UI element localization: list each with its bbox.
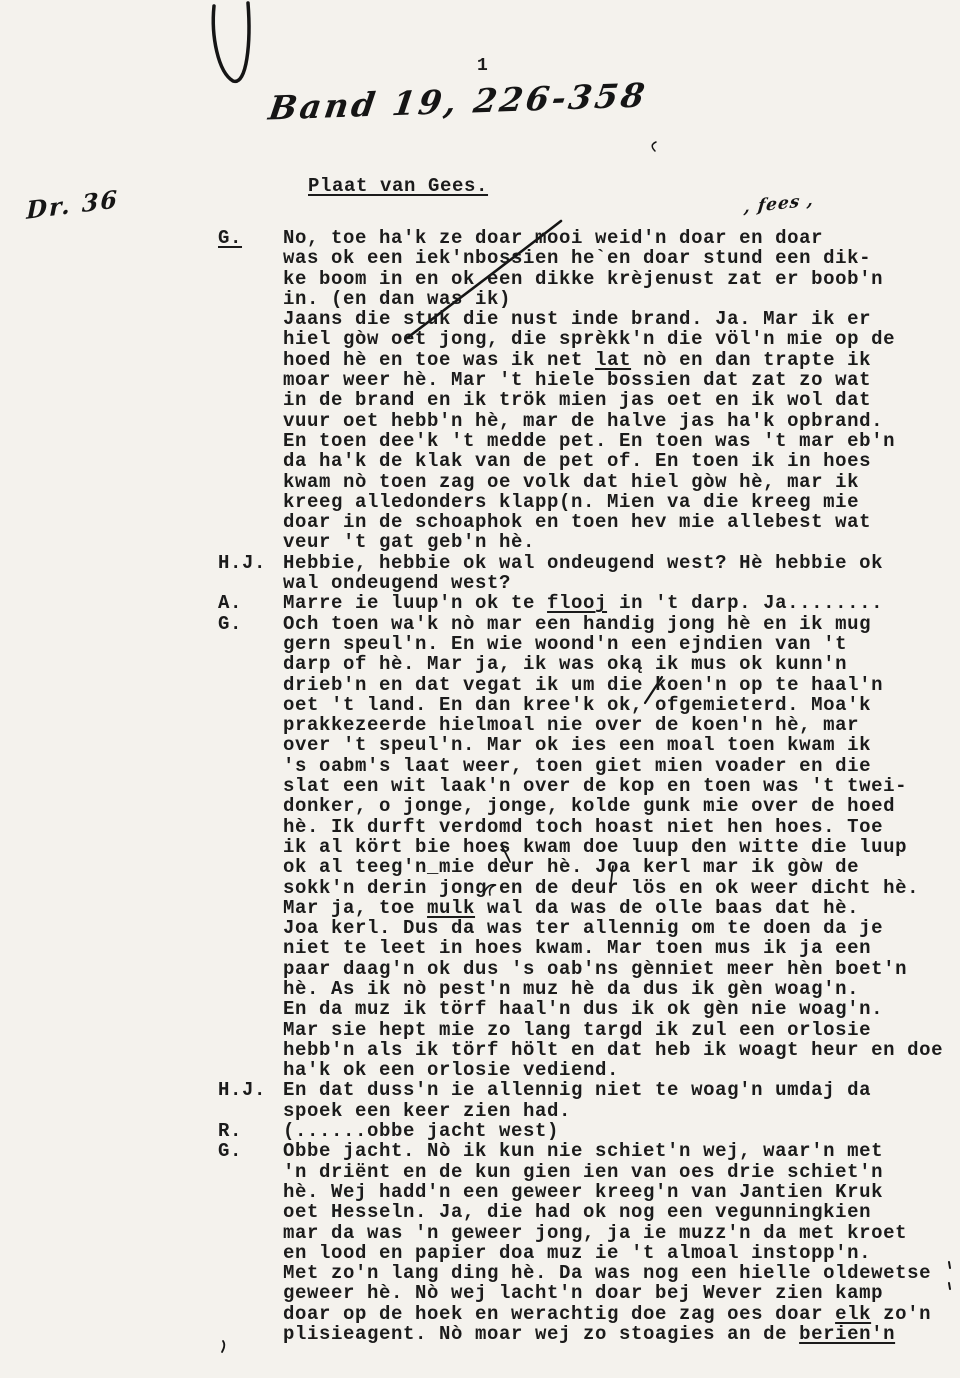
transcript-line: in de brand en ik trök mien jas oet en i…	[283, 390, 958, 410]
transcript-line: 'n driënt en de kun gien ien van oes dri…	[283, 1162, 958, 1182]
transcript-line: oet 't land. En dan kree'k ok, ofgemiete…	[283, 695, 958, 715]
transcript-line: slat een wit laak'n over de kop en toen …	[283, 776, 958, 796]
transcript-line: hè. Wej hadd'n een geweer kreeg'n van Ja…	[283, 1182, 958, 1202]
transcript-line: en lood en papier doa muz ie 't almoal i…	[283, 1243, 958, 1263]
transcript-line: plisieagent. Nò moar wej zo stoagies an …	[283, 1324, 958, 1344]
transcript-line: sokk'n derin jong en de deur lös en ok w…	[283, 878, 958, 898]
transcript-line: Mar ja, toe mulk wal da was de olle baas…	[283, 898, 958, 918]
transcript-line: hè. As ik nò pest'n muz hè da dus ik gèn…	[283, 979, 958, 999]
speaker-label: A.	[218, 593, 283, 613]
transcript-line: (......obbe jacht west)	[283, 1121, 958, 1141]
margin-annotation: Dr. 36	[26, 184, 119, 225]
transcript-line: paar daag'n ok dus 's oab'ns gènniet mee…	[283, 959, 958, 979]
speech-lines: En dat duss'n ie allennig niet te woag'n…	[283, 1080, 958, 1121]
transcript-line: donker, o jonge, jonge, kolde gunk mie o…	[283, 796, 958, 816]
transcript-line: Mar sie hept mie zo lang targd ik zul ee…	[283, 1020, 958, 1040]
underlined-word: elk	[835, 1303, 871, 1325]
transcript-line: kreeg alledonders klapp(n. Mien va die k…	[283, 492, 958, 512]
speaker-label: G.	[218, 614, 283, 634]
transcript-line: kwam nò toen zag oe volk dat hiel gòw hè…	[283, 472, 958, 492]
band-annotation: Band 19, 226-358	[266, 75, 650, 127]
speaker-label: R.	[218, 1121, 283, 1141]
transcript-line: Jaans die stuk die nust inde brand. Ja. …	[283, 309, 958, 329]
transcript-line: veur 't gat geb'n hè.	[283, 532, 958, 552]
transcript-line: geweer hè. Nò wej lacht'n doar bej Wever…	[283, 1283, 958, 1303]
transcript-line: moar weer hè. Mar 't hiele bossien dat z…	[283, 370, 958, 390]
speaker-label: G.	[218, 1141, 283, 1161]
transcript-line: hebb'n als ik törf hölt en dat heb ik wo…	[283, 1040, 958, 1060]
underlined-word: mulk	[427, 897, 475, 919]
underlined-word: flooj	[547, 592, 607, 614]
transcript-line: darp of hè. Mar ja, ik was oką ik mus ok…	[283, 654, 958, 674]
speech-lines: Marre ie luup'n ok te flooj in 't darp. …	[283, 593, 958, 613]
transcript-line: En toen dee'k 't medde pet. En toen was …	[283, 431, 958, 451]
dialogue-entry: G.No, toe ha'k ze doar mooi weid'n doar …	[218, 228, 958, 553]
speech-lines: Och toen wa'k nò mar een handig jong hè …	[283, 614, 958, 1081]
transcript-line: doar op de hoek en werachtig doe zag oes…	[283, 1304, 958, 1324]
corner-pen-loop-mark	[213, 3, 249, 81]
dialogue-entry: H.J.Hebbie, hebbie ok wal ondeugend west…	[218, 553, 958, 594]
dialogue-entry: R.(......obbe jacht west)	[218, 1121, 958, 1141]
underlined-word: berien'n	[799, 1323, 895, 1345]
transcript-line: gern speul'n. En wie woond'n een ejndien…	[283, 634, 958, 654]
transcript-line: da ha'k de klak van de pet of. En toen i…	[283, 451, 958, 471]
transcript-line: vuur oet hebb'n hè, mar de halve jas ha'…	[283, 411, 958, 431]
speaker-label: H.J.	[218, 553, 283, 573]
underlined-word: lat	[595, 349, 631, 371]
transcript-line: in. (en dan was ik)	[283, 289, 958, 309]
transcript: G.No, toe ha'k ze doar mooi weid'n doar …	[218, 228, 958, 1344]
transcript-line: Och toen wa'k nò mar een handig jong hè …	[283, 614, 958, 634]
transcript-line: 's oabm's laat weer, toen giet mien voad…	[283, 756, 958, 776]
scanned-page: 1 Band 19, 226-358 Dr. 36 Plaat van Gees…	[0, 0, 960, 1378]
transcript-line: Joa kerl. Dus da was ter allennig om te …	[283, 918, 958, 938]
transcript-line: over 't speul'n. Mar ok ies een moal toe…	[283, 735, 958, 755]
transcript-line: mar da was 'n geweer jong, ja ie muzz'n …	[283, 1223, 958, 1243]
speech-lines: (......obbe jacht west)	[283, 1121, 958, 1141]
transcript-line: ke boom in en ok een dikke krèjenust zat…	[283, 269, 958, 289]
document-title: Plaat van Gees.	[308, 175, 488, 197]
speech-lines: Obbe jacht. Nò ik kun nie schiet'n wej, …	[283, 1141, 958, 1344]
transcript-line: ha'k ok een orlosie vediend.	[283, 1060, 958, 1080]
transcript-line: drieb'n en dat vegat ik um die koen'n op…	[283, 675, 958, 695]
transcript-line: prakkezeerde hielmoal nie over de koen'n…	[283, 715, 958, 735]
transcript-line: niet te leet in hoes kwam. Mar toen mus …	[283, 938, 958, 958]
transcript-line: hiel gòw oet jong, die sprèkk'n die völ'…	[283, 329, 958, 349]
transcript-line: ok al teeg'n_mie deur hè. Joa kerl mar i…	[283, 857, 958, 877]
transcript-line: ik al kört bie hoes kwam doe luup den wi…	[283, 837, 958, 857]
dialogue-entry: G.Obbe jacht. Nò ik kun nie schiet'n wej…	[218, 1141, 958, 1344]
small-c-mark	[652, 142, 656, 151]
fees-annotation: , fees ,	[743, 190, 815, 218]
transcript-line: Obbe jacht. Nò ik kun nie schiet'n wej, …	[283, 1141, 958, 1161]
dialogue-entry: A.Marre ie luup'n ok te flooj in 't darp…	[218, 593, 958, 613]
transcript-line: wal ondeugend west?	[283, 573, 958, 593]
page-number: 1	[477, 56, 488, 76]
dialogue-entry: G.Och toen wa'k nò mar een handig jong h…	[218, 614, 958, 1081]
transcript-line: Hebbie, hebbie ok wal ondeugend west? Hè…	[283, 553, 958, 573]
transcript-line: spoek een keer zien had.	[283, 1101, 958, 1121]
transcript-line: En dat duss'n ie allennig niet te woag'n…	[283, 1080, 958, 1100]
speaker-label: H.J.	[218, 1080, 283, 1100]
dialogue-entry: H.J.En dat duss'n ie allennig niet te wo…	[218, 1080, 958, 1121]
transcript-line: oet Hesseln. Ja, die had ok nog een vegu…	[283, 1202, 958, 1222]
transcript-line: En da muz ik törf haal'n dus ik ok gèn n…	[283, 999, 958, 1019]
transcript-line: Marre ie luup'n ok te flooj in 't darp. …	[283, 593, 958, 613]
transcript-line: hè. Ik durft verdomd toch hoast niet hen…	[283, 817, 958, 837]
transcript-line: was ok een iek'nbossien he`en doar stund…	[283, 248, 958, 268]
transcript-line: Met zo'n lang ding hè. Da was nog een hi…	[283, 1263, 958, 1283]
transcript-line: No, toe ha'k ze doar mooi weid'n doar en…	[283, 228, 958, 248]
transcript-line: doar in de schoaphok en toen hev mie all…	[283, 512, 958, 532]
speech-lines: Hebbie, hebbie ok wal ondeugend west? Hè…	[283, 553, 958, 594]
speech-lines: No, toe ha'k ze doar mooi weid'n doar en…	[283, 228, 958, 553]
speaker-label: G.	[218, 228, 283, 248]
transcript-line: hoed hè en toe was ik net lat nò en dan …	[283, 350, 958, 370]
